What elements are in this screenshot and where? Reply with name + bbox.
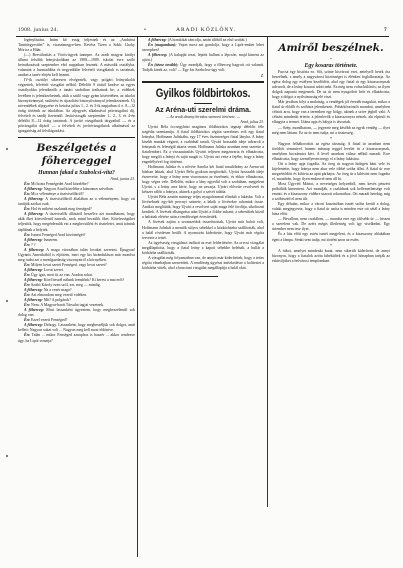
article-paragraph: Egy délután, mikor a városi kaszinóban i…	[272, 202, 390, 217]
news-paragraph: legénylistára. Intim kő essig teljesnek …	[18, 38, 135, 53]
article-paragraph: És a ház előtt egy estén ismét megjelent…	[272, 232, 390, 242]
scan-mark	[6, 455, 8, 457]
scan-mark	[6, 300, 8, 302]
dialogue-line: A főherceg: Most lassanként ügyeztem, ho…	[18, 308, 135, 318]
dialogue-line: A főherceg: A maga városában talán lovak…	[18, 248, 135, 263]
dialogue-line: Én (magamban): Vajon most azt gondolja, …	[142, 43, 264, 53]
news-paragraph: IV-ik osztályt sikeresen elvégezték, vag…	[18, 78, 135, 134]
news-paragraph: (—) Berválosítás a Vörös-ügyek ünnepre. …	[18, 53, 135, 78]
interview-dialogue-continued: A főherceg: (A homlokát ráncolja, aztán …	[142, 38, 264, 78]
article-paragraph: Most Ügyvéd Mártot, a nevetséges helyzet…	[272, 182, 390, 202]
running-head: 1908. junius 24. • ARADI KÖZLÖNY. 7	[16, 26, 389, 37]
column-1: legénylistára. Intim kő essig teljesnek …	[18, 38, 135, 344]
article-paragraph: Hoffmann Juliska és a nővére Sarolta két…	[142, 165, 264, 195]
article-title: Gyilkos földbirtokos.	[153, 86, 253, 101]
section-divider	[142, 81, 264, 82]
newspaper-page: 1908. junius 24. • ARADI KÖZLÖNY. 7 legé…	[0, 0, 403, 568]
dialogue-line: A főherceg: (A kalapját teszi, lépteit h…	[142, 53, 264, 63]
article-paragraph: Furcsa egy história ez. Sőt, szinte kisv…	[272, 70, 390, 100]
article-title: Beszélgetés a főherceggel	[18, 142, 135, 168]
section-divider	[18, 137, 135, 138]
article-end-rule	[188, 276, 218, 277]
article-paragraph: — Bevallom, nem csodálom, — mondta erre …	[272, 217, 390, 232]
dialogue-line: A főherceg: A tisztviselőkről általában …	[18, 197, 135, 207]
dialogue-line: A főherceg: A tisztviselők állásáról bes…	[18, 212, 135, 232]
article-signature: Z.	[142, 73, 264, 78]
article-subtitle: Egy kosaras története.	[272, 62, 390, 70]
article-paragraph: A lövések zajára a szomszédok összefutot…	[142, 220, 264, 240]
dialogue-line: A főherceg: Dehogy. Lassanként, hogy meg…	[18, 323, 135, 333]
column-2: A főherceg: (A homlokát ráncolja, aztán …	[142, 38, 264, 282]
column-3: Amiről beszélnek. • Egy kosaras történet…	[272, 38, 390, 264]
article-paragraph: Az ügyészség vizsgálatot indított az ese…	[142, 241, 264, 256]
interview-dialogue: Én: Mi hozta Fenségedet Arad közelébe? A…	[18, 182, 135, 344]
article-paragraph: Nagyon felháborodott az egész társaság. …	[272, 142, 390, 162]
ornament: •	[144, 27, 146, 33]
column-rule-left	[137, 37, 138, 557]
column-rule-right	[267, 37, 268, 507]
article-paragraph: Ujvári Béla azután mintegy teljes nyugal…	[142, 195, 264, 220]
article-paragraph: Ott a leány apja fogadta. Az öreg úr nag…	[272, 162, 390, 182]
article-paragraph: — Szép, mondhatom, — jegyezte meg később…	[272, 126, 390, 136]
dialogue-line: Én: Talán ... mikor Fenséged aznaphoz is…	[18, 333, 135, 343]
title-rule	[194, 103, 212, 104]
article-paragraph: A titkot, amelyet mindenki kutat, nem si…	[272, 249, 390, 264]
article-paragraph: Már javában folyt a mulatság, a vendégek…	[272, 100, 390, 125]
article-paragraph: A vizsgálat még folyamatban van, de anny…	[142, 256, 264, 271]
page-number: 7	[384, 27, 387, 33]
article-paragraph: Ujvári Béla öccsegyházi magános földbirt…	[142, 125, 264, 165]
article-subtitle: Hunnan fakad a Szabolcsi-vita?	[18, 169, 135, 177]
article-subtitle: Az Aréna-uti szerelmi dráma.	[142, 106, 264, 115]
scan-mark	[6, 148, 8, 150]
article-title: Amiről beszélnek.	[272, 42, 390, 55]
newspaper-title: ARADI KÖZLÖNY.	[176, 27, 236, 33]
dialogue-line: Én (távoz tovább): Úgy mondják, hogy a f…	[142, 63, 264, 73]
issue-date: 1908. junius 24.	[18, 27, 58, 33]
